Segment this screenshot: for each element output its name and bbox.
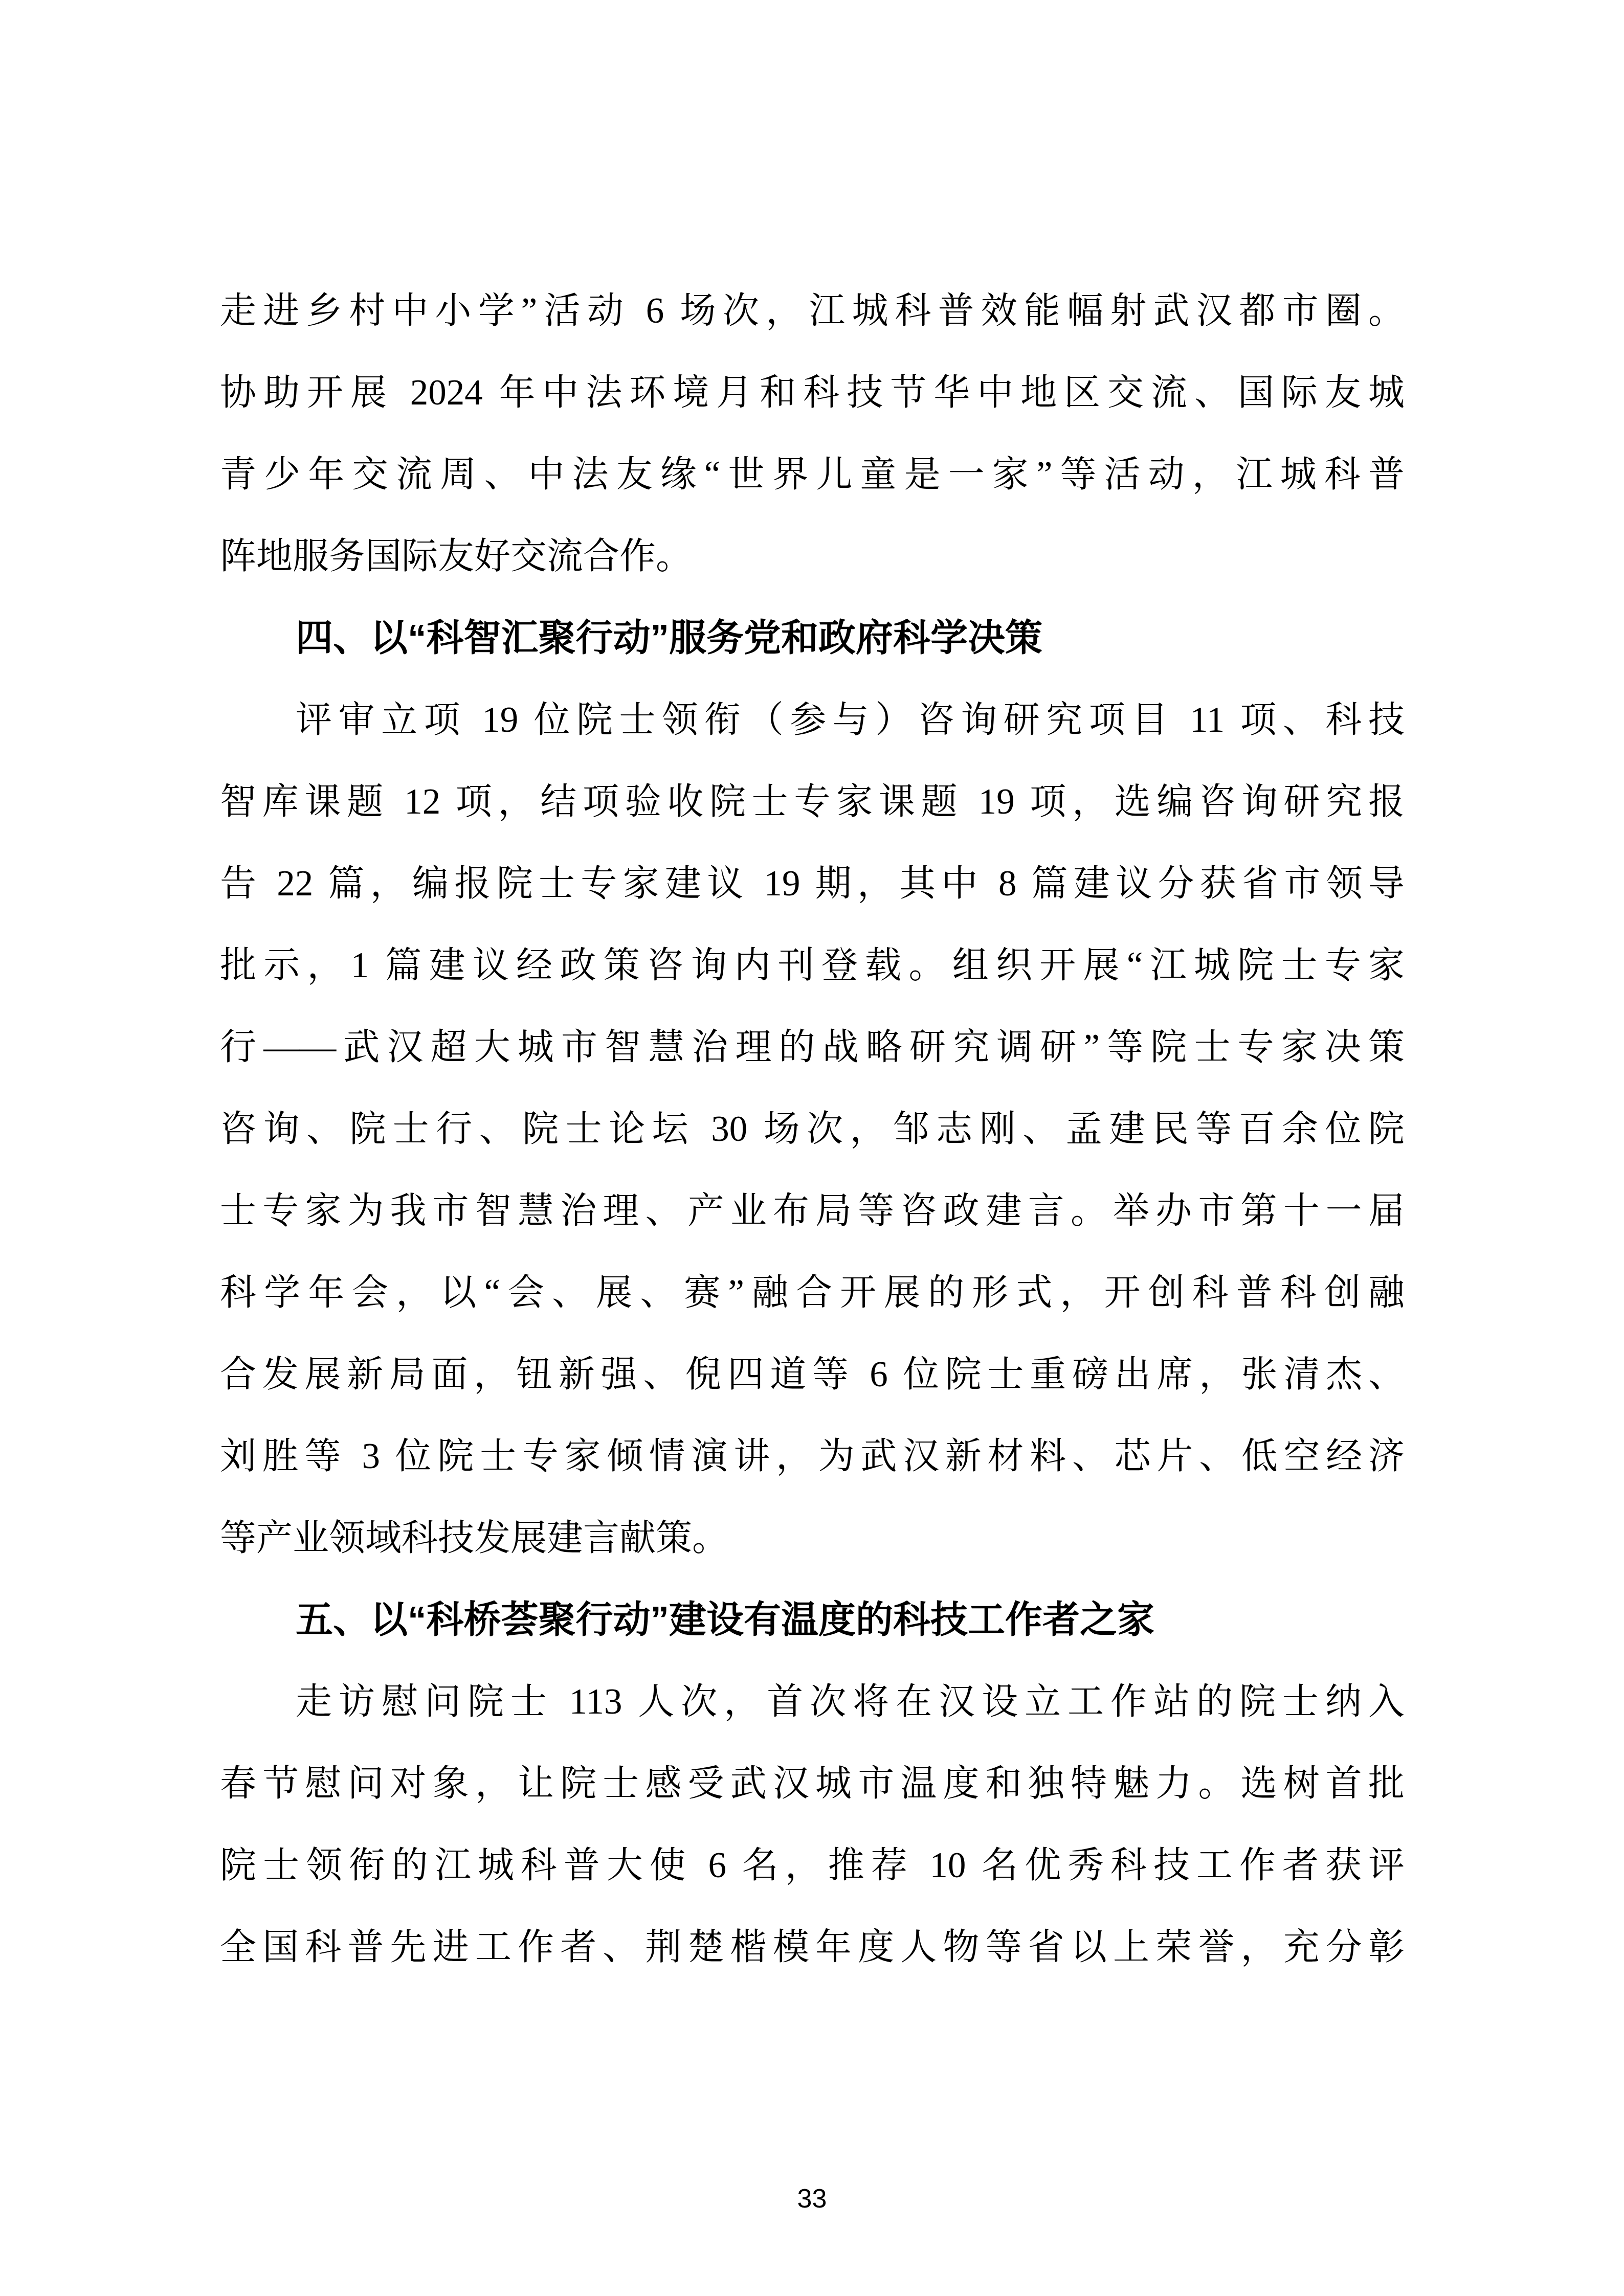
- text-line-paragraph-end: 等产业领域科技发展建言献策。: [220, 1497, 1405, 1579]
- text-line: 咨询、院士行、院士论坛 30 场次，邹志刚、孟建民等百余位院: [220, 1088, 1405, 1170]
- text-block: 走进乡村中小学”活动 6 场次，江城科普效能幅射武汉都市圈。 协助开展 2024…: [220, 270, 1405, 1988]
- text-line: 行——武汉超大城市智慧治理的战略研究调研”等院士专家决策: [220, 1006, 1405, 1088]
- text-line-paragraph-end: 阵地服务国际友好交流合作。: [220, 515, 1405, 597]
- text-line: 批示，1 篇建议经政策咨询内刊登载。组织开展“江城院士专家: [220, 925, 1405, 1006]
- text-line: 春节慰问对象，让院士感受武汉城市温度和独特魅力。选树首批: [220, 1743, 1405, 1825]
- text-line: 智库课题 12 项，结项验收院士专家课题 19 项，选编咨询研究报: [220, 761, 1405, 843]
- text-line: 士专家为我市智慧治理、产业布局等咨政建言。举办市第十一届: [220, 1170, 1405, 1252]
- text-line-paragraph-start: 评审立项 19 位院士领衔（参与）咨询研究项目 11 项、科技: [220, 679, 1405, 761]
- text-line: 刘胜等 3 位院士专家倾情演讲，为武汉新材料、芯片、低空经济: [220, 1415, 1405, 1497]
- text-line: 合发展新局面，钮新强、倪四道等 6 位院士重磅出席，张清杰、: [220, 1334, 1405, 1415]
- text-line: 科学年会，以“会、展、赛”融合开展的形式，开创科普科创融: [220, 1252, 1405, 1334]
- section-heading-5: 五、以“科桥荟聚行动”建设有温度的科技工作者之家: [220, 1579, 1405, 1661]
- section-heading-4: 四、以“科智汇聚行动”服务党和政府科学决策: [220, 597, 1405, 679]
- text-line: 全国科普先进工作者、荆楚楷模年度人物等省以上荣誉，充分彰: [220, 1906, 1405, 1988]
- page-number: 33: [0, 2173, 1624, 2224]
- document-page: 走进乡村中小学”活动 6 场次，江城科普效能幅射武汉都市圈。 协助开展 2024…: [0, 0, 1624, 2296]
- text-line-paragraph-start: 走访慰问院士 113 人次，首次将在汉设立工作站的院士纳入: [220, 1661, 1405, 1743]
- text-line: 走进乡村中小学”活动 6 场次，江城科普效能幅射武汉都市圈。: [220, 270, 1405, 352]
- text-line: 协助开展 2024 年中法环境月和科技节华中地区交流、国际友城: [220, 352, 1405, 434]
- text-line: 院士领衔的江城科普大使 6 名，推荐 10 名优秀科技工作者获评: [220, 1825, 1405, 1906]
- text-line: 青少年交流周、中法友缘“世界儿童是一家”等活动，江城科普: [220, 434, 1405, 515]
- text-line: 告 22 篇，编报院士专家建议 19 期，其中 8 篇建议分获省市领导: [220, 843, 1405, 925]
